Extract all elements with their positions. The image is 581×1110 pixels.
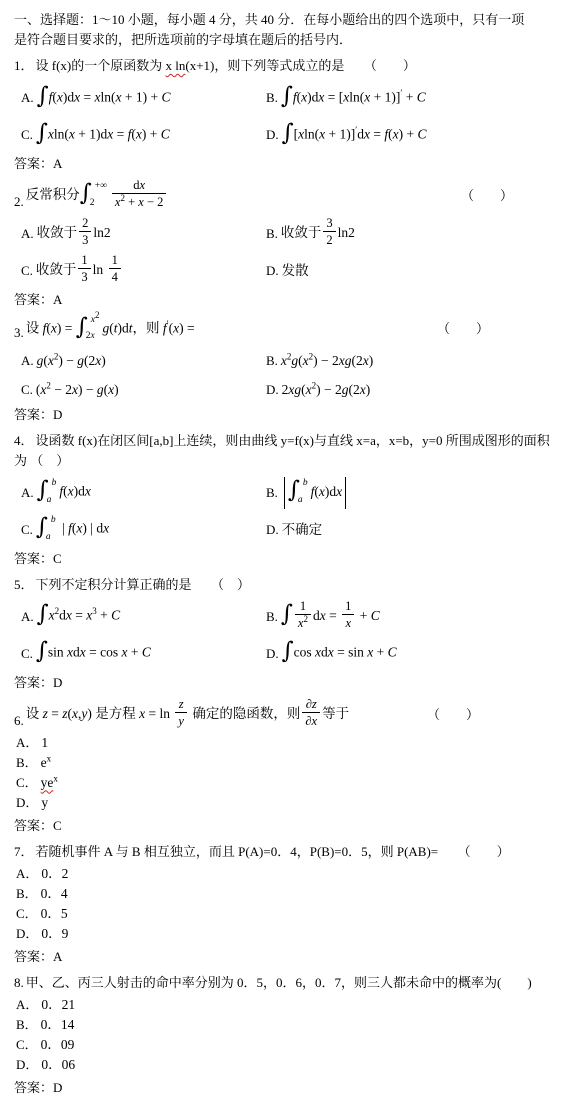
option-label: C. (21, 125, 33, 145)
option-label: B． (16, 1017, 38, 1032)
answer-line: 答案：A (14, 290, 561, 310)
question-number: 6. (14, 711, 24, 731)
option-label: D． (16, 795, 38, 810)
option-content: 2xg(x2) − 2g(2x) (282, 380, 371, 400)
question-8: 8.甲、乙、丙三人射击的命中率分别为 0．5，0．6，0．7，则三人都未命中的概… (14, 973, 561, 1098)
option-label: C． (16, 1037, 38, 1052)
answer-bracket: （ ） (427, 705, 479, 725)
exam-page: 一、选择题：1～10 小题，每小题 4 分，共 40 分．在每小题给出的四个选项… (0, 0, 581, 1110)
answer-value: A (53, 156, 62, 171)
answer-line: 答案：D (14, 405, 561, 425)
option-label: C. (21, 520, 33, 540)
question-5-stem-row: 5．下列不定积分计算正确的是 （ ） (14, 575, 561, 595)
option-d: D．0．9 (16, 924, 561, 944)
option-content: ∫[xln(x + 1)]′dx = f(x) + C (282, 124, 427, 147)
question-text: 设函数 f(x)在闭区间[a,b]上连续，则由曲线 y=f(x)与直线 x=a，… (14, 433, 550, 468)
option-content: ∫f(x)dx = xln(x + 1) + C (37, 87, 171, 110)
option-content: 不确定 (282, 520, 323, 540)
answer-prefix: 答案： (14, 407, 53, 422)
option-label: D． (16, 926, 38, 941)
option-content: ∫baf(x)dx (281, 477, 349, 509)
question-number: 8. (14, 975, 24, 990)
answer-line: 答案：A (14, 947, 561, 967)
question-3-stem-row: 3.设 f(x) = ∫x22xg(t)dt，则 f′(x) =（ ） (14, 316, 561, 343)
option-label: C． (16, 775, 38, 790)
question-text: 设 z = z(x,y) 是方程 x = ln zy 确定的隐函数，则∂z∂x等… (26, 699, 349, 731)
question-text: 反常积分∫+∞2dxx2 + x − 2 (26, 180, 169, 212)
option-content: 0．5 (41, 906, 68, 921)
option-label: B. (266, 607, 278, 627)
options-list: A.∫baf(x)dx B.∫baf(x)dx C.∫ba | f(x) | d… (14, 477, 561, 546)
section-header-line1: 一、选择题：1～10 小题，每小题 4 分，共 40 分．在每小题给出的四个选项… (14, 10, 561, 30)
question-2-stem-row: 2.反常积分∫+∞2dxx2 + x − 2（ ） (14, 180, 561, 212)
question-7: 7．若随机事件 A 与 B 相互独立，而且 P(A)=0．4，P(B)=0．5，… (14, 842, 561, 967)
option-label: B. (266, 483, 278, 503)
answer-prefix: 答案： (14, 818, 53, 833)
option-content: 发散 (282, 261, 309, 281)
option-a: A．0．2 (16, 864, 561, 884)
section-header-line2: 是符合题目要求的，把所选项前的字母填在题后的括号内． (14, 30, 561, 50)
option-b: B.∫1x2dx = 1x + C (266, 601, 561, 633)
option-b: B.∫baf(x)dx (266, 477, 561, 509)
answer-value: C (53, 551, 62, 566)
question-number: 2. (14, 192, 24, 212)
option-b: B.∫f(x)dx = [xln(x + 1)]′ + C (266, 82, 561, 114)
option-label: A. (21, 351, 34, 371)
option-content: ∫f(x)dx = [xln(x + 1)]′ + C (281, 87, 426, 110)
answer-prefix: 答案： (14, 949, 53, 964)
option-label: C. (21, 644, 33, 664)
option-d: D.不确定 (266, 514, 561, 546)
answer-value: D (53, 1080, 62, 1095)
answer-value: A (53, 292, 62, 307)
question-6: 6.设 z = z(x,y) 是方程 x = ln zy 确定的隐函数，则∂z∂… (14, 699, 561, 836)
question-5: 5．下列不定积分计算正确的是 （ ） A.∫x2dx = x3 + C B.∫1… (14, 575, 561, 693)
option-c: C．0．09 (16, 1035, 561, 1055)
option-label: D. (266, 380, 279, 400)
option-d: D.∫cos xdx = sin x + C (266, 638, 561, 670)
question-7-stem-row: 7．若随机事件 A 与 B 相互独立，而且 P(A)=0．4，P(B)=0．5，… (14, 842, 561, 862)
option-content: 收敛于23ln2 (37, 218, 111, 250)
answer-value: D (53, 407, 62, 422)
answer-prefix: 答案： (14, 156, 53, 171)
option-b: B.x2g(x2) − 2xg(2x) (266, 349, 561, 373)
option-label: C. (21, 380, 33, 400)
question-text: 设 f(x) = ∫x22xg(t)dt，则 f′(x) = (26, 316, 195, 343)
option-d: D.∫[xln(x + 1)]′dx = f(x) + C (266, 119, 561, 151)
options-list: A.g(x2) − g(2x) B.x2g(x2) − 2xg(2x) C.(x… (14, 349, 561, 402)
option-label: A. (21, 88, 34, 108)
question-3: 3.设 f(x) = ∫x22xg(t)dt，则 f′(x) =（ ） A.g(… (14, 316, 561, 425)
option-label: B． (16, 886, 38, 901)
question-text: 下列不定积分计算正确的是 （ ） (36, 577, 251, 592)
question-text: 若随机事件 A 与 B 相互独立，而且 P(A)=0．4，P(B)=0．5，则 … (36, 844, 510, 859)
question-8-stem-row: 8.甲、乙、丙三人射击的命中率分别为 0．5，0．6，0．7，则三人都未命中的概… (14, 973, 561, 993)
option-content: ∫ba | f(x) | dx (36, 516, 109, 543)
option-d: D．y (16, 793, 561, 813)
option-content: y (41, 795, 48, 810)
option-content: ∫cos xdx = sin x + C (282, 642, 397, 665)
option-label: D. (266, 261, 279, 281)
option-label: B. (266, 88, 278, 108)
question-number: 5． (14, 577, 34, 592)
question-text: 设 f(x)的一个原函数为 x ln(x+1)，则下列等式成立的是 （ ） (36, 58, 416, 73)
option-content: ∫x2dx = x3 + C (37, 605, 121, 628)
question-text: 甲、乙、丙三人射击的命中率分别为 0．5，0．6，0．7，则三人都未命中的概率为… (26, 975, 532, 990)
option-content: yex (41, 775, 58, 790)
options-list: A．0．21 B．0．14 C．0．09 D．0．06 (14, 995, 561, 1075)
answer-line: 答案：D (14, 673, 561, 693)
option-b: B.收敛于32ln2 (266, 218, 561, 250)
answer-value: A (53, 949, 62, 964)
option-b: B．ex (16, 753, 561, 773)
option-content: 0．4 (41, 886, 68, 901)
section-header: 一、选择题：1～10 小题，每小题 4 分，共 40 分．在每小题给出的四个选项… (14, 10, 561, 50)
option-a: A.∫baf(x)dx (21, 477, 266, 509)
question-number: 4． (14, 433, 34, 448)
question-4-stem-row: 4．设函数 f(x)在闭区间[a,b]上连续，则由曲线 y=f(x)与直线 x=… (14, 431, 561, 471)
options-list: A.∫x2dx = x3 + C B.∫1x2dx = 1x + C C.∫si… (14, 601, 561, 670)
option-b: B．0．4 (16, 884, 561, 904)
option-label: D. (266, 520, 279, 540)
option-c: C.∫ba | f(x) | dx (21, 514, 266, 546)
option-label: C. (21, 261, 33, 281)
answer-bracket: （ ） (437, 319, 489, 339)
option-content: ∫baf(x)dx (37, 479, 91, 506)
option-content: 0．9 (41, 926, 68, 941)
option-label: A. (21, 483, 34, 503)
option-content: g(x2) − g(2x) (37, 351, 106, 371)
answer-value: C (53, 818, 62, 833)
question-2: 2.反常积分∫+∞2dxx2 + x − 2（ ） A.收敛于23ln2 B.收… (14, 180, 561, 310)
option-c: C.∫sin xdx = cos x + C (21, 638, 266, 670)
question-6-stem-row: 6.设 z = z(x,y) 是方程 x = ln zy 确定的隐函数，则∂z∂… (14, 699, 561, 731)
option-b: B．0．14 (16, 1015, 561, 1035)
option-content: 0．14 (41, 1017, 75, 1032)
option-a: A．1 (16, 733, 561, 753)
option-c: C．0．5 (16, 904, 561, 924)
answer-bracket: （ ） (461, 186, 513, 206)
option-label: B. (266, 224, 278, 244)
option-label: B． (16, 755, 38, 770)
option-c: C．yex (16, 773, 561, 793)
answer-prefix: 答案： (14, 292, 53, 307)
question-4: 4．设函数 f(x)在闭区间[a,b]上连续，则由曲线 y=f(x)与直线 x=… (14, 431, 561, 569)
option-label: A． (16, 735, 38, 750)
question-number: 1． (14, 58, 34, 73)
option-content: (x2 − 2x) − g(x) (36, 380, 119, 400)
option-label: A． (16, 997, 38, 1012)
option-label: A. (21, 224, 34, 244)
option-content: ex (41, 755, 52, 770)
answer-line: 答案：C (14, 549, 561, 569)
answer-prefix: 答案： (14, 1080, 53, 1095)
option-label: D． (16, 1057, 38, 1072)
option-label: D. (266, 125, 279, 145)
option-d: D.2xg(x2) − 2g(2x) (266, 378, 561, 402)
option-content: ∫sin xdx = cos x + C (36, 642, 151, 665)
answer-line: 答案：C (14, 816, 561, 836)
question-number: 3. (14, 323, 24, 343)
answer-value: D (53, 675, 62, 690)
options-list: A．0．2 B．0．4 C．0．5 D．0．9 (14, 864, 561, 944)
option-content: ∫1x2dx = 1x + C (281, 601, 380, 633)
option-a: A．0．21 (16, 995, 561, 1015)
option-content: 1 (41, 735, 48, 750)
option-a: A.∫x2dx = x3 + C (21, 601, 266, 633)
question-1: 1．设 f(x)的一个原函数为 x ln(x+1)，则下列等式成立的是 （ ） … (14, 56, 561, 174)
option-content: 0．2 (41, 866, 68, 881)
options-list: A.收敛于23ln2 B.收敛于32ln2 C.收敛于13ln 14 D.发散 (14, 218, 561, 287)
option-c: C.(x2 − 2x) − g(x) (21, 378, 266, 402)
answer-line: 答案：A (14, 154, 561, 174)
option-label: B. (266, 351, 278, 371)
option-a: A.∫f(x)dx = xln(x + 1) + C (21, 82, 266, 114)
options-list: A．1 B．ex C．yex D．y (14, 733, 561, 813)
option-label: A. (21, 607, 34, 627)
question-1-stem-row: 1．设 f(x)的一个原函数为 x ln(x+1)，则下列等式成立的是 （ ） (14, 56, 561, 76)
option-content: 收敛于32ln2 (281, 218, 355, 250)
option-content: 收敛于13ln 14 (36, 255, 123, 287)
option-a: A.g(x2) − g(2x) (21, 349, 266, 373)
option-a: A.收敛于23ln2 (21, 218, 266, 250)
option-d: D.发散 (266, 255, 561, 287)
question-number: 7． (14, 844, 34, 859)
option-content: x2g(x2) − 2xg(2x) (281, 351, 373, 371)
option-label: C． (16, 906, 38, 921)
option-c: C.收敛于13ln 14 (21, 255, 266, 287)
answer-prefix: 答案： (14, 675, 53, 690)
option-c: C.∫xln(x + 1)dx = f(x) + C (21, 119, 266, 151)
answer-line: 答案：D (14, 1078, 561, 1098)
answer-prefix: 答案： (14, 551, 53, 566)
option-content: 0．09 (41, 1037, 75, 1052)
option-content: 0．06 (41, 1057, 75, 1072)
option-content: 0．21 (41, 997, 75, 1012)
options-list: A.∫f(x)dx = xln(x + 1) + C B.∫f(x)dx = [… (14, 82, 561, 151)
option-d: D．0．06 (16, 1055, 561, 1075)
option-content: ∫xln(x + 1)dx = f(x) + C (36, 124, 170, 147)
option-label: A． (16, 866, 38, 881)
option-label: D. (266, 644, 279, 664)
